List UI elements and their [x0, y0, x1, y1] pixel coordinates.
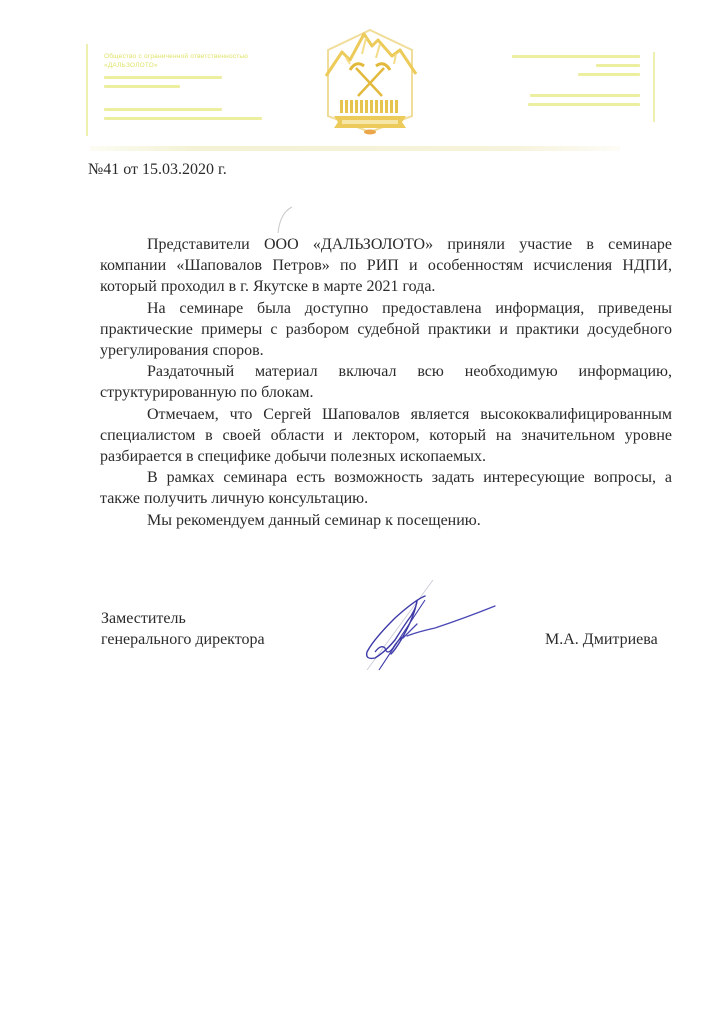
letterhead-line-illegible: [104, 105, 262, 114]
letterhead-line-illegible: [508, 70, 640, 79]
letterhead-line-illegible: [508, 52, 640, 61]
letter-body: Представители ООО «ДАЛЬЗОЛОТО» приняли у…: [100, 234, 672, 531]
document-number-date: №41 от 15.03.2020 г.: [88, 160, 227, 180]
paragraph: На семинаре была доступно предоставлена …: [100, 298, 672, 362]
paragraph: Мы рекомендуем данный семинар к посещени…: [100, 510, 672, 531]
letterhead-line-illegible: [508, 91, 640, 100]
letterhead-divider: [90, 146, 620, 151]
letterhead-line: «ДАЛЬЗОЛОТО»: [104, 61, 262, 70]
letterhead-left-rule: [86, 44, 88, 136]
letterhead-right-rule: [653, 52, 655, 122]
signatory-name: М.А. Дмитриева: [545, 629, 658, 650]
letterhead-line-illegible: [104, 82, 262, 91]
letterhead-line-illegible: [104, 114, 262, 123]
paragraph: Отмечаем, что Сергей Шаповалов является …: [100, 404, 672, 468]
crossed-pickaxes-mountain-icon: [320, 24, 420, 136]
signatory-title: Заместитель генерального директора: [101, 608, 265, 650]
signatory-title-line1: Заместитель: [101, 608, 265, 629]
paragraph: Представители ООО «ДАЛЬЗОЛОТО» приняли у…: [100, 234, 672, 298]
letterhead-contact-info: [508, 52, 640, 109]
company-logo: [320, 24, 420, 136]
letterhead-line-illegible: [104, 73, 262, 82]
letterhead-line-illegible: [508, 100, 640, 109]
paragraph: В рамках семинара есть возможность задат…: [100, 467, 672, 509]
letterhead-line: Общество с ограниченной ответственностью: [104, 52, 262, 61]
letterhead-company-info: Общество с ограниченной ответственностью…: [104, 52, 262, 123]
signatory-title-line2: генерального директора: [101, 629, 265, 650]
letterhead-line-illegible: [508, 61, 640, 70]
pen-mark-icon: [270, 205, 300, 235]
paragraph: Раздаточный материал включал всю необход…: [100, 361, 672, 403]
handwritten-signature-icon: [355, 578, 505, 673]
